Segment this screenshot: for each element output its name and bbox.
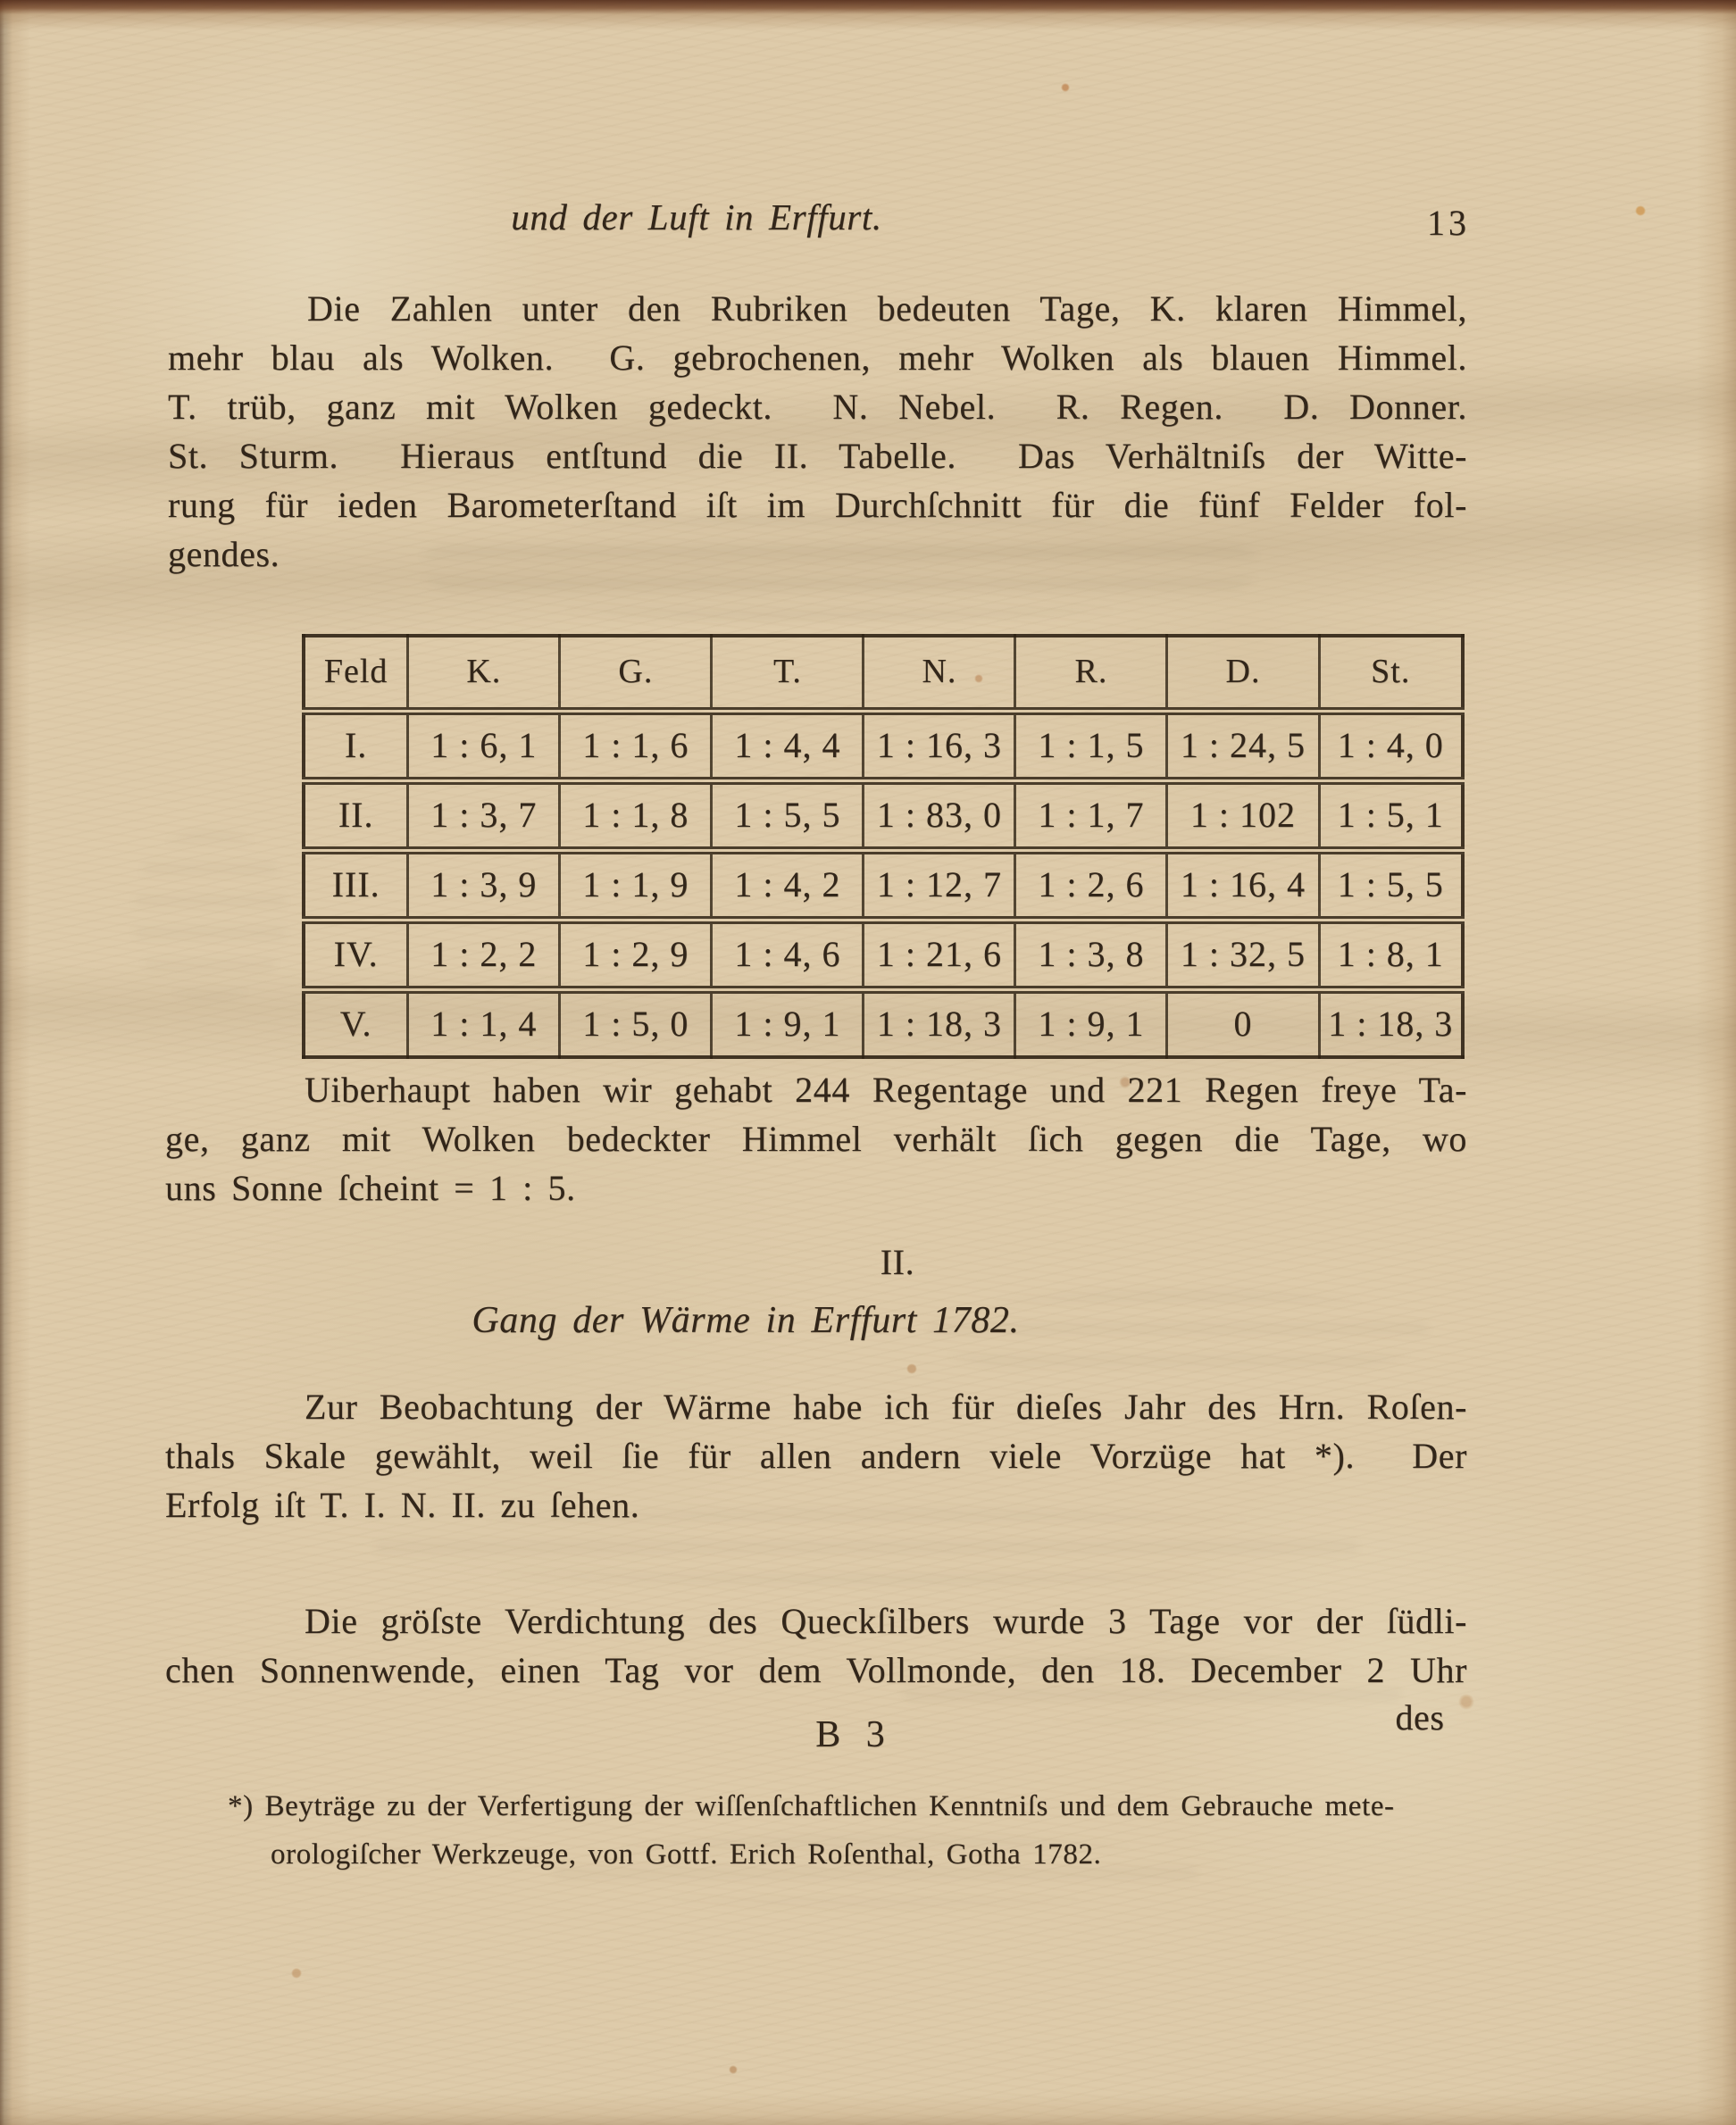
paragraph-rubriken: Die Zahlen unter den Rubriken bedeuten T…	[168, 284, 1467, 579]
column-header: St.	[1319, 636, 1463, 712]
footnote-line: orologiſcher Werkzeuge, von Gottf. Erich…	[228, 1830, 1505, 1879]
text-line: T. trüb, ganz mit Wolken gedeckt. N. Neb…	[168, 382, 1467, 431]
ratio-cell: 1 : 18, 3	[1319, 990, 1463, 1058]
row-label: III.	[304, 851, 408, 921]
ratio-cell: 1 : 3, 7	[408, 781, 560, 851]
column-header: R.	[1015, 636, 1167, 712]
table-row: IV.1 : 2, 21 : 2, 91 : 4, 61 : 21, 61 : …	[304, 921, 1463, 990]
ratio-cell: 1 : 1, 4	[408, 990, 560, 1058]
ratio-cell: 1 : 2, 9	[560, 921, 712, 990]
text-line: Zur Beobachtung der Wärme habe ich für d…	[165, 1382, 1467, 1431]
ratio-cell: 1 : 5, 5	[712, 781, 864, 851]
ratio-cell: 1 : 2, 6	[1015, 851, 1167, 921]
table-header-row: FeldK.G.T.N.R.D.St.	[304, 636, 1463, 712]
column-header: D.	[1167, 636, 1319, 712]
table-row: II.1 : 3, 71 : 1, 81 : 5, 51 : 83, 01 : …	[304, 781, 1463, 851]
row-label: II.	[304, 781, 408, 851]
section-title: Gang der Wärme in Erffurt 1782.	[165, 1296, 1326, 1346]
ratio-cell: 1 : 9, 1	[712, 990, 864, 1058]
ratio-cell: 1 : 4, 0	[1319, 712, 1463, 781]
ratio-cell: 1 : 5, 0	[560, 990, 712, 1058]
text-line: gendes.	[168, 529, 1467, 579]
weather-ratio-table: FeldK.G.T.N.R.D.St. I.1 : 6, 11 : 1, 61 …	[302, 634, 1465, 1059]
ratio-cell: 1 : 9, 1	[1015, 990, 1167, 1058]
scanned-book-page: und der Luft in Erffurt. 13 Die Zahlen u…	[0, 0, 1736, 2125]
ratio-cell: 1 : 4, 6	[712, 921, 864, 990]
column-header: T.	[712, 636, 864, 712]
text-line: uns Sonne ſcheint = 1 : 5.	[165, 1163, 1467, 1212]
paragraph-regentage: Uiberhaupt haben wir gehabt 244 Regentag…	[165, 1065, 1467, 1212]
catchword: des	[1375, 1693, 1465, 1742]
ratio-cell: 1 : 8, 1	[1319, 921, 1463, 990]
ratio-cell: 1 : 6, 1	[408, 712, 560, 781]
ratio-cell: 1 : 1, 7	[1015, 781, 1167, 851]
footnote: *) Beyträge zu der Verfertigung der wiſſ…	[228, 1782, 1505, 1879]
ratio-cell: 1 : 1, 6	[560, 712, 712, 781]
text-line: Die Zahlen unter den Rubriken bedeuten T…	[168, 284, 1467, 333]
ratio-cell: 1 : 2, 2	[408, 921, 560, 990]
text-line: thals Skale gewählt, weil ſie für allen …	[165, 1431, 1467, 1480]
ratio-cell: 1 : 16, 4	[1167, 851, 1319, 921]
text-line: ge, ganz mit Wolken bedeckter Himmel ver…	[165, 1114, 1467, 1163]
ratio-cell: 1 : 1, 9	[560, 851, 712, 921]
paragraph-verdichtung: Die gröſste Verdichtung des Queckſilbers…	[165, 1596, 1467, 1695]
ratio-cell: 1 : 3, 9	[408, 851, 560, 921]
ratio-cell: 1 : 12, 7	[864, 851, 1015, 921]
ratio-cell: 1 : 3, 8	[1015, 921, 1167, 990]
text-line: chen Sonnenwende, einen Tag vor dem Voll…	[165, 1646, 1467, 1695]
table-row: III.1 : 3, 91 : 1, 91 : 4, 21 : 12, 71 :…	[304, 851, 1463, 921]
text-line: rung für ieden Barometerſtand iſt im Dur…	[168, 480, 1467, 529]
ratio-cell: 1 : 4, 2	[712, 851, 864, 921]
section-number: II.	[165, 1237, 1630, 1287]
row-label: IV.	[304, 921, 408, 990]
table-row: V.1 : 1, 41 : 5, 01 : 9, 11 : 18, 31 : 9…	[304, 990, 1463, 1058]
footnote-line: *) Beyträge zu der Verfertigung der wiſſ…	[228, 1782, 1505, 1830]
table-row: I.1 : 6, 11 : 1, 61 : 4, 41 : 16, 31 : 1…	[304, 712, 1463, 781]
row-label: I.	[304, 712, 408, 781]
ratio-cell: 1 : 1, 8	[560, 781, 712, 851]
paragraph-beobachtung: Zur Beobachtung der Wärme habe ich für d…	[165, 1382, 1467, 1529]
text-line: Erfolg iſt T. I. N. II. zu ſehen.	[165, 1480, 1467, 1529]
ratio-cell: 1 : 1, 5	[1015, 712, 1167, 781]
column-header: K.	[408, 636, 560, 712]
show-through-smudge	[134, 830, 286, 1000]
page-number: 13	[1427, 198, 1498, 247]
ratio-cell: 1 : 5, 1	[1319, 781, 1463, 851]
ratio-cell: 1 : 5, 5	[1319, 851, 1463, 921]
row-label: V.	[304, 990, 408, 1058]
running-title: und der Luft in Erffurt.	[357, 193, 1036, 242]
ratio-cell: 1 : 83, 0	[864, 781, 1015, 851]
ratio-cell: 1 : 16, 3	[864, 712, 1015, 781]
text-line: Uiberhaupt haben wir gehabt 244 Regentag…	[165, 1065, 1467, 1114]
ratio-cell: 1 : 24, 5	[1167, 712, 1319, 781]
signature-mark: B 3	[165, 1711, 1540, 1760]
ratio-cell: 1 : 32, 5	[1167, 921, 1319, 990]
column-header: N.	[864, 636, 1015, 712]
ratio-cell: 0	[1167, 990, 1319, 1058]
ratio-cell: 1 : 4, 4	[712, 712, 864, 781]
ratio-cell: 1 : 21, 6	[864, 921, 1015, 990]
column-header: G.	[560, 636, 712, 712]
ratio-cell: 1 : 18, 3	[864, 990, 1015, 1058]
text-line: mehr blau als Wolken. G. gebrochenen, me…	[168, 333, 1467, 382]
ratio-cell: 1 : 102	[1167, 781, 1319, 851]
column-header: Feld	[304, 636, 408, 712]
text-line: Die gröſste Verdichtung des Queckſilbers…	[165, 1596, 1467, 1646]
text-line: St. Sturm. Hieraus entſtund die II. Tabe…	[168, 431, 1467, 480]
